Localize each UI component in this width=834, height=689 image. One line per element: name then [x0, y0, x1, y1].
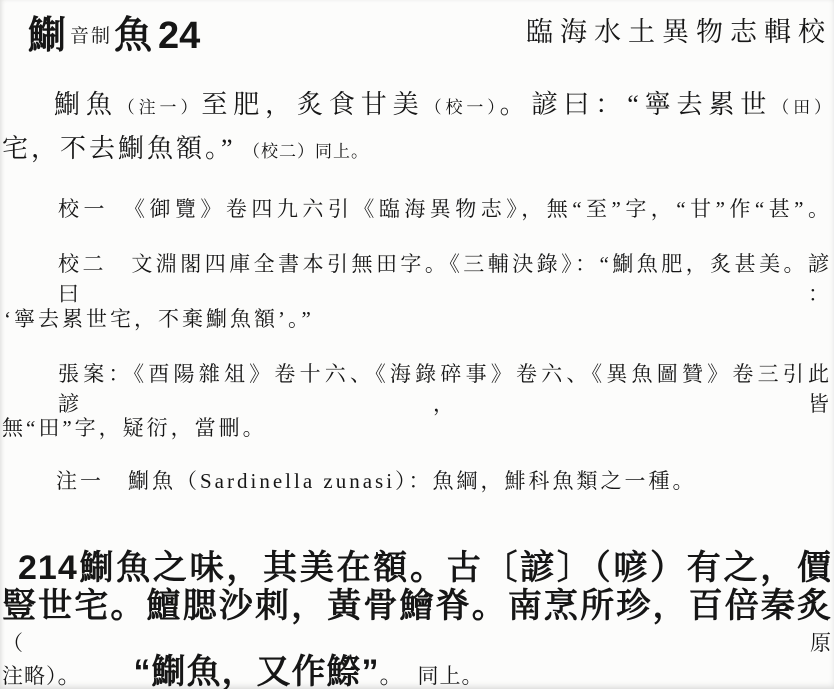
verse-line-3: 注略）。“鯯魚，又作鰶”。同上。	[2, 644, 832, 689]
entry-heading: 鯯音制魚24	[28, 4, 200, 59]
fish-char: 魚	[114, 15, 154, 57]
annotation-zhu1: 注一 鯯魚（Sardinella zunasi）：魚綱，鯡科魚類之一種。	[56, 465, 832, 495]
book-page: 鯯音制魚24 臨海水土異物志輯校 鯯魚（注一）至肥，炙食甘美（校一）。諺曰：“寧…	[0, 0, 834, 689]
phonetic-gloss: 音制	[68, 26, 114, 47]
zhang-commentary-line-2: 無“田”字，疑衍，當刪。	[2, 412, 832, 442]
quote-text: 。諺曰：“寧去累世	[500, 90, 773, 119]
collation-note-2-line-2: ‘寧去累世宅，不棄鯯魚額’。”	[4, 303, 832, 333]
interlinear-tian: （田）	[772, 98, 832, 117]
note-ref-zhu1: （注一）	[118, 98, 202, 117]
entry-number: 24	[154, 15, 200, 57]
source-same-as-above: 同上。	[418, 664, 484, 688]
entry-headword-char: 鯯	[28, 15, 68, 57]
quote-text: 鯯魚	[54, 90, 118, 119]
collation-note-2-line-1: 校二 文淵閣四庫全書本引無田字。《三輔決錄》：“鯯魚肥，炙甚美。諺曰：	[58, 248, 832, 308]
quote-line-2: 宅，不去鯯魚額。”（校二）同上。	[2, 128, 832, 165]
quote-text: 宅，不去鯯魚額。”	[2, 134, 236, 163]
editor-note-close: 注略）	[2, 664, 58, 688]
note-ref-jiao2-source: （校二）同上。	[252, 142, 370, 161]
quote-line-1: 鯯魚（注一）至肥，炙食甘美（校一）。諺曰：“寧去累世（田）	[54, 84, 832, 121]
running-title: 臨海水土異物志輯校	[526, 10, 832, 49]
punctuation: 。	[58, 663, 82, 689]
quote-text: 至肥，炙食甘美	[201, 90, 424, 119]
verse-quote: “鯯魚，又作鰶”	[134, 653, 380, 689]
collation-note-1: 校一 《御覽》卷四九六引《臨海異物志》，無“至”字，“甘”作“甚”。	[58, 193, 832, 223]
note-ref-jiao1: （校一）	[425, 98, 500, 117]
punctuation: 。	[380, 663, 404, 689]
verse-text: 豎世宅。鱣腮沙刺，黃骨鱠脊。南烹所珍，百倍秦炙	[2, 587, 832, 625]
zhang-commentary-line-1: 張案：《酉陽雜俎》卷十六、《海錄碎事》卷六、《異魚圖贊》卷三引此諺，皆	[58, 358, 832, 418]
